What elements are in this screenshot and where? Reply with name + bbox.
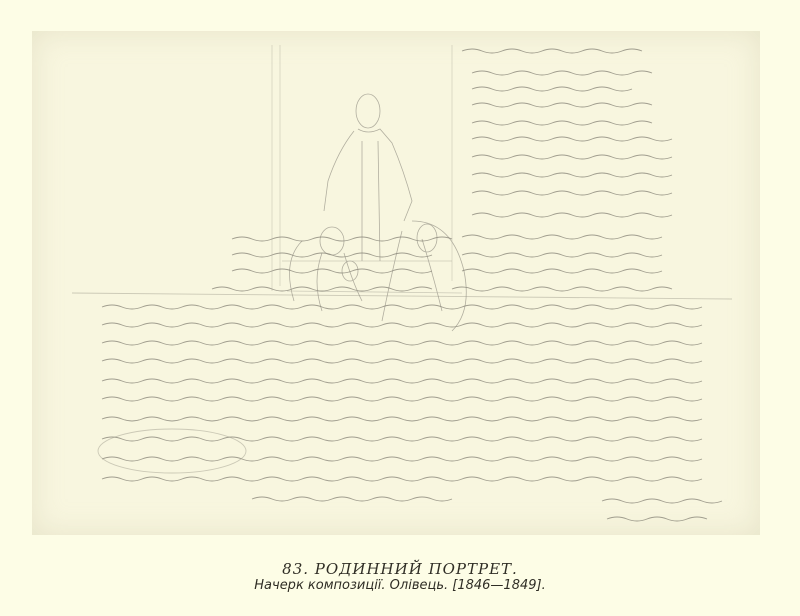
sketch-sheet (32, 31, 760, 535)
plate-subtitle: Начерк композиції. Олівець. [1846—1849]. (0, 578, 800, 593)
pencil-sketch-illustration (32, 31, 760, 535)
plate-title: 83. РОДИННИЙ ПОРТРЕТ. (0, 560, 800, 578)
